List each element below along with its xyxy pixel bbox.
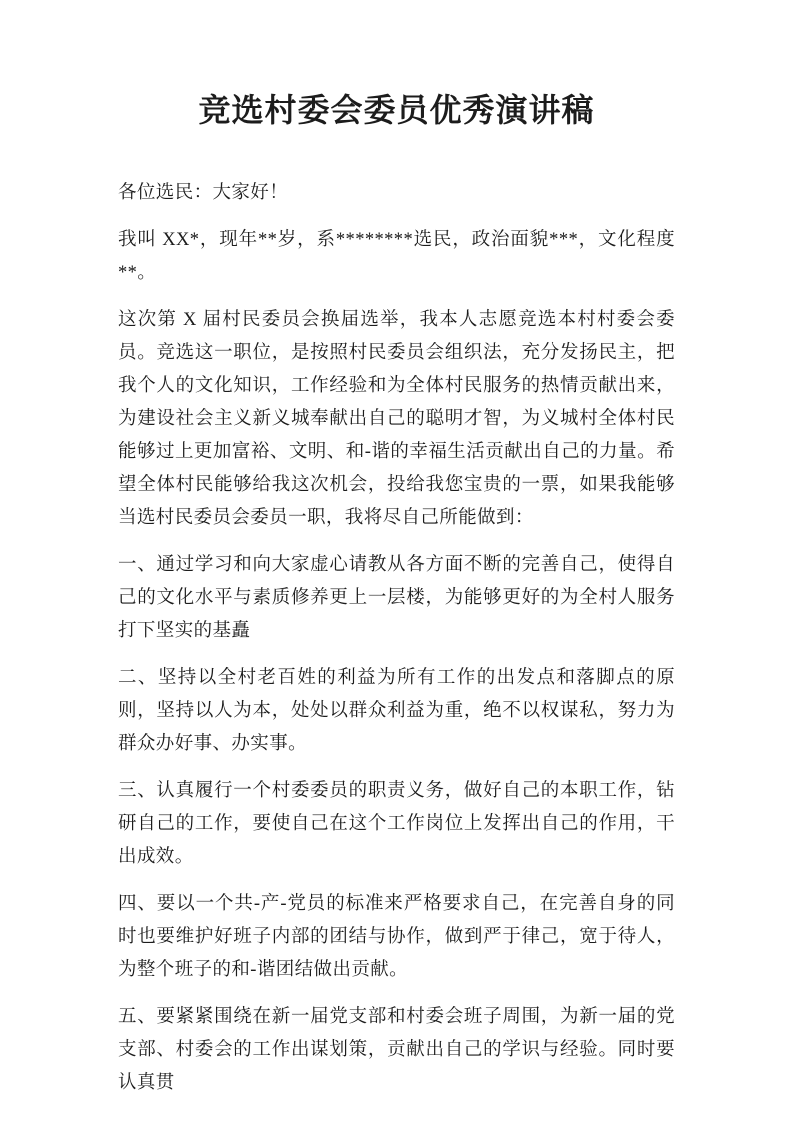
document-title: 竞选村委会委员优秀演讲稿 [118, 88, 675, 132]
paragraph-self-introduction: 我叫 XX*，现年**岁，系********选民，政治面貌***，文化程度**。 [118, 224, 675, 290]
paragraph-pledge-2: 二、坚持以全村老百姓的利益为所有工作的出发点和落脚点的原则，坚持以人为本，处处以… [118, 662, 675, 761]
paragraph-salutation: 各位选民：大家好！ [118, 177, 675, 210]
paragraph-pledge-3: 三、认真履行一个村委委员的职责义务，做好自己的本职工作，钻研自己的工作，要使自己… [118, 775, 675, 874]
paragraph-candidacy-statement: 这次第 X 届村民委员会换届选举，我本人志愿竞选本村村委会委员。竞选这一职位，是… [118, 304, 675, 535]
paragraph-pledge-1: 一、通过学习和向大家虚心请教从各方面不断的完善自己，使得自己的文化水平与素质修养… [118, 549, 675, 648]
paragraph-pledge-5: 五、要紧紧围绕在新一届党支部和村委会班子周围，为新一届的党支部、村委会的工作出谋… [118, 1001, 675, 1100]
paragraph-pledge-4: 四、要以一个共-产-党员的标准来严格要求自己，在完善自身的同时也要维护好班子内部… [118, 888, 675, 987]
document-page: 竞选村委会委员优秀演讲稿 各位选民：大家好！ 我叫 XX*，现年**岁，系***… [0, 0, 793, 1122]
